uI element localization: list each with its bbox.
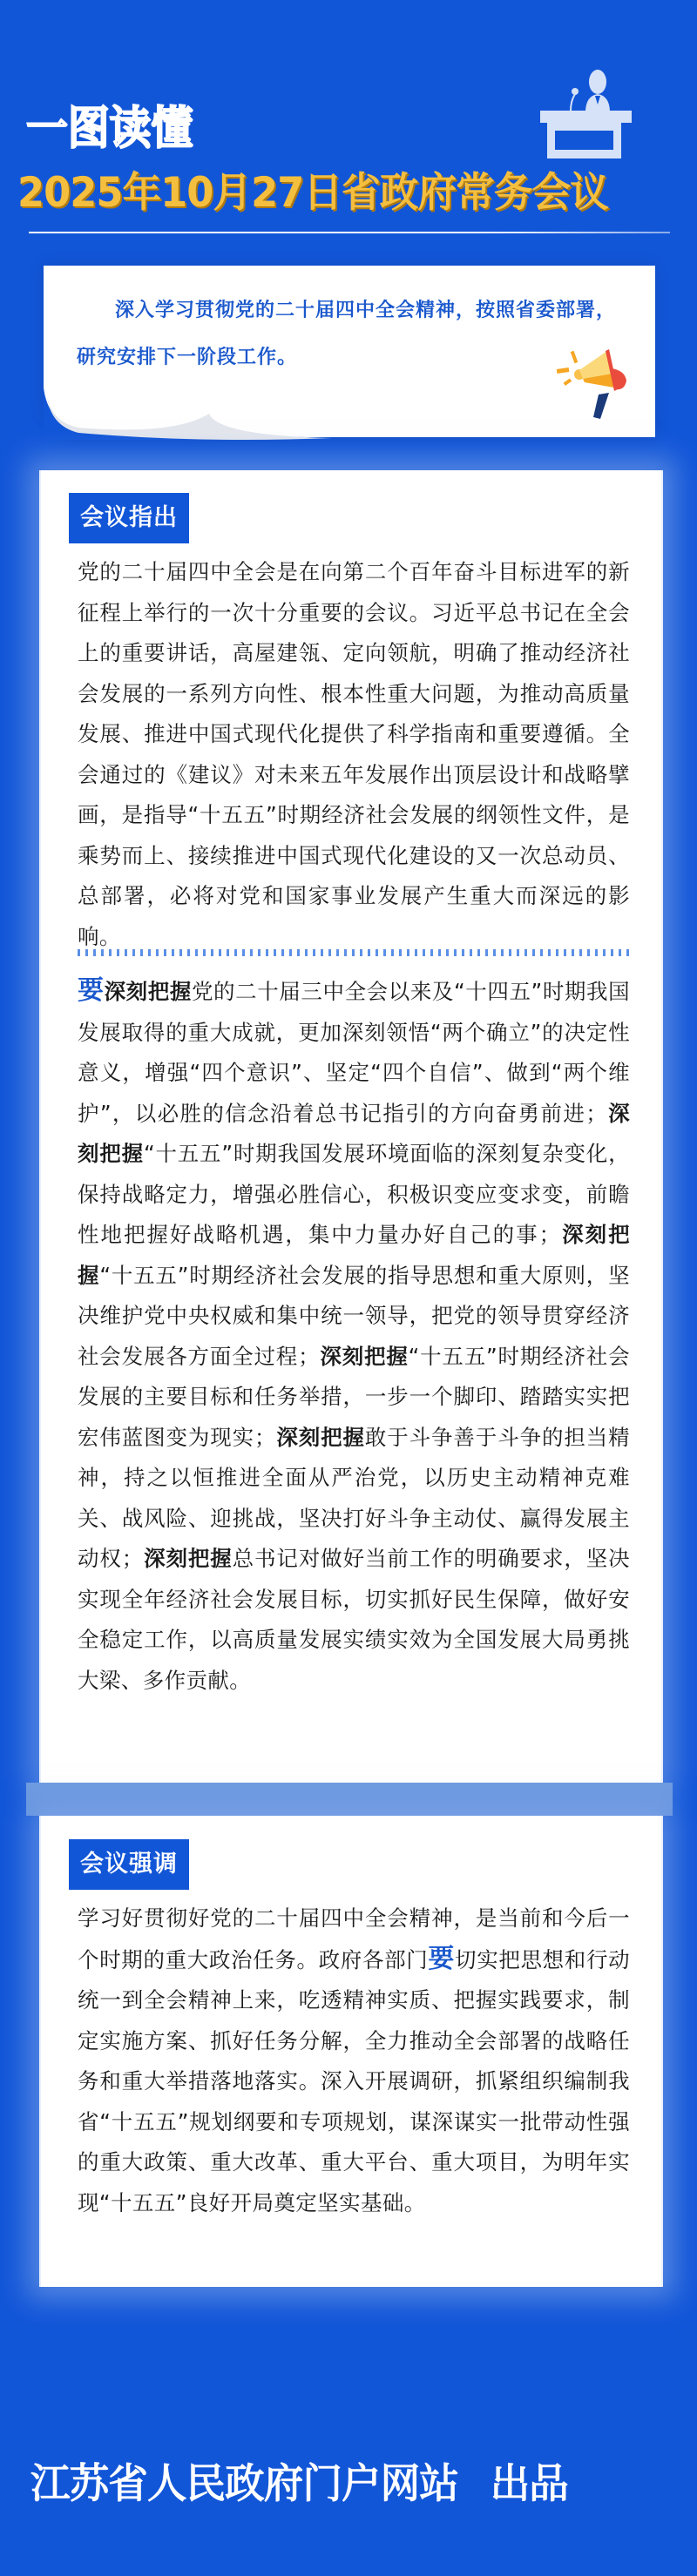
highlight-yao: 要 <box>78 975 105 1006</box>
megaphone-icon <box>545 344 632 422</box>
paragraph-plenum-significance: 党的二十届四中全会是在向第二个百年奋斗目标进军的新征程上举行的一次十分重要的会议… <box>78 552 630 957</box>
intro-text: 深入学习贯彻党的二十届四中全会精神，按照省委部署，研究安排下一阶段工作。 <box>77 287 617 381</box>
bold-deep-grasp: 深刻把握 <box>320 1344 409 1369</box>
section-tag-pointed-out: 会议指出 <box>69 493 189 543</box>
section-card-pointed-out: 会议指出 党的二十届四中全会是在向第二个百年奋斗目标进军的新征程上举行的一次十分… <box>39 470 663 1783</box>
text-segment: 切实把思想和行动统一到全会精神上来，吃透精神实质、把握实践要求，制定实施方案、抓… <box>78 1947 630 2215</box>
bold-deep-grasp: 深刻把握 <box>144 1546 233 1571</box>
footer-credit: 江苏省人民政府门户网站出品 <box>30 2454 647 2515</box>
bold-deep-grasp: 深刻把握 <box>105 979 192 1004</box>
header-divider <box>29 232 670 233</box>
page-title: 2025年10月27日省政府常务会议 <box>17 165 646 221</box>
subtitle-one-picture: 一图读懂 <box>26 103 193 155</box>
dashed-divider <box>78 949 630 956</box>
paragraph-deep-grasp: 要深刻把握党的二十届三中全会以来及“十四五”时期我国发展取得的重大成就，更加深刻… <box>78 971 630 1701</box>
publisher-name: 江苏省人民政府门户网站 <box>30 2460 458 2508</box>
page-curl-decoration <box>44 388 331 440</box>
paragraph-implementation: 学习好贯彻好党的二十届四中全会精神，是当前和今后一个时期的重大政治任务。政府各部… <box>78 1898 630 2223</box>
section-card-emphasized: 会议强调 学习好贯彻好党的二十届四中全会精神，是当前和今后一个时期的重大政治任务… <box>39 1816 663 2287</box>
publisher-suffix: 出品 <box>491 2460 568 2508</box>
highlight-yao: 要 <box>428 1944 455 1974</box>
text-segment: “十五五”时期我国发展环境面临的深刻复杂变化，保持战略定力，增强必胜信心，积极识… <box>78 1141 630 1247</box>
podium-speaker-icon <box>536 63 636 160</box>
section-tag-emphasized: 会议强调 <box>69 1839 189 1890</box>
bold-deep-grasp: 深刻把握 <box>276 1425 365 1450</box>
card-gap-band <box>26 1783 673 1816</box>
